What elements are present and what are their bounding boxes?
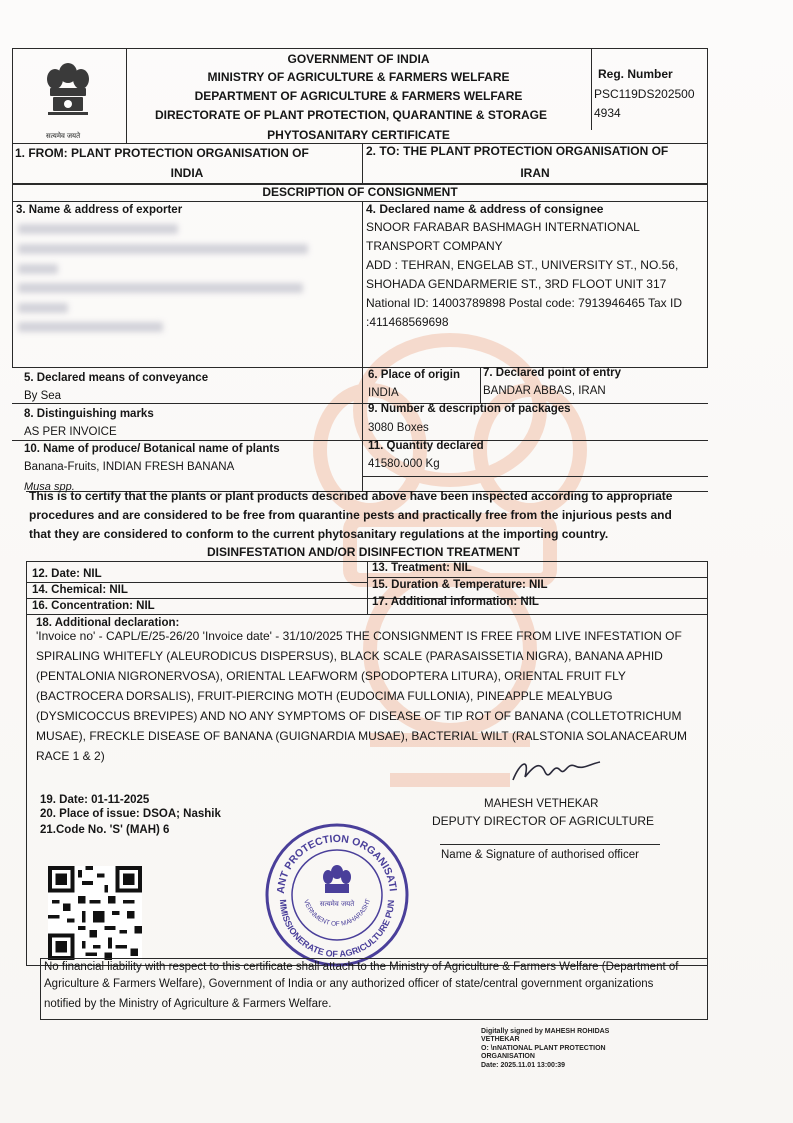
exporter-label: 3. Name & address of exporter [16, 204, 182, 217]
officer-signature-icon [505, 752, 605, 792]
issue-place-label: 20. Place of issue: [40, 808, 140, 820]
to-label: 2. TO: THE PLANT PROTECTION ORGANISATION… [366, 145, 668, 159]
origin-value: INDIA [368, 387, 399, 400]
treatment-row-divider [26, 598, 708, 599]
liability-text: Agriculture & Farmers Welfare), Governme… [44, 978, 653, 991]
packages-value: 3080 Boxes [368, 422, 429, 435]
treatment-heading: DISINFESTATION AND/OR DISINFECTION TREAT… [207, 546, 520, 560]
svg-text:सत्यमेव जयते: सत्यमेव जयते [320, 899, 355, 908]
declaration-line: (BACTROCERA DORSALIS), FRUIT-PIERCING MO… [36, 690, 613, 704]
issue-date-value: 01-11-2025 [91, 794, 149, 806]
conveyance-label: 5. Declared means of conveyance [24, 372, 208, 385]
conveyance-value: By Sea [24, 390, 61, 403]
signature-caption: Name & Signature of authorised officer [441, 849, 639, 862]
certify-text: procedures and are considered to be free… [29, 509, 672, 523]
consignee-label: 4. Declared name & address of consignee [366, 203, 603, 217]
treatment-concentration: 16. Concentration: NIL [32, 600, 155, 613]
reg-number-value: PSC119DS202500 [594, 88, 695, 102]
marks-value: AS PER INVOICE [24, 426, 117, 439]
declaration-line: (DYSMICOCCUS BREVIPES) AND NO ANY SYMPTO… [36, 710, 681, 724]
digital-signature-line: O: \nNATIONAL PLANT PROTECTION [481, 1045, 609, 1053]
declaration-line: RACE 1 & 2) [36, 750, 105, 764]
national-emblem-icon [40, 55, 96, 139]
from-value: INDIA [12, 167, 362, 181]
header-ministry: MINISTRY OF AGRICULTURE & FARMERS WELFAR… [126, 71, 591, 85]
row-divider [12, 440, 708, 441]
emblem-motto: सत्यमेव जयते [46, 133, 80, 141]
treatment-type: 13. Treatment: NIL [372, 562, 472, 575]
code-number-value: 'S' (MAH) 6 [110, 824, 170, 836]
declaration-line: (PENTALONIA NIGRONERVOSA), ORIENTAL LEAF… [36, 670, 626, 684]
consignee-line: TRANSPORT COMPANY [366, 240, 503, 254]
marks-label: 8. Distinguishing marks [24, 408, 154, 421]
header-divider [591, 48, 592, 130]
from-label: 1. FROM: PLANT PROTECTION ORGANISATION O… [15, 147, 309, 161]
digital-signature-line: VETHEKAR [481, 1036, 609, 1044]
consignee-line: :411468569698 [366, 316, 449, 330]
header-directorate: DIRECTORATE OF PLANT PROTECTION, QUARANT… [155, 109, 547, 123]
header-department: DEPARTMENT OF AGRICULTURE & FARMERS WELF… [126, 90, 591, 104]
treatment-chemical: 14. Chemical: NIL [32, 584, 128, 597]
treatment-date: 12. Date: NIL [32, 568, 102, 581]
reg-number-value-cont: 4934 [594, 107, 621, 121]
declaration-line: SPIRALING WHITEFLY (ALEURODICUS DISPERSU… [36, 650, 663, 664]
officer-title: DEPUTY DIRECTOR OF AGRICULTURE [432, 815, 654, 829]
code-number-label: 21.Code No. [40, 824, 106, 836]
consignee-line: National ID: 14003789898 Postal code: 79… [366, 297, 682, 311]
quantity-label: 11. Quantity declared [368, 440, 484, 453]
treatment-row-divider [367, 577, 708, 578]
entry-value: BANDAR ABBAS, IRAN [483, 385, 606, 398]
consignee-line: SHOHADA GENDARMERIE ST., 3RD FLOOT UNIT … [366, 278, 666, 292]
qr-code-icon[interactable] [48, 866, 142, 960]
produce-value: Banana-Fruits, INDIAN FRESH BANANA [24, 461, 234, 474]
plant-protection-stamp-icon: PLANT PROTECTION ORGANISATION COMMISSION… [262, 820, 412, 970]
officer-name: MAHESH VETHEKAR [484, 798, 598, 811]
packages-label: 9. Number & description of packages [368, 403, 571, 416]
signature-line [440, 844, 660, 845]
treatment-additional-info: 17. Additional information: NIL [372, 596, 539, 609]
issue-date-label: 19. Date: [40, 794, 88, 806]
header-government: GOVERNMENT OF INDIA [126, 53, 591, 67]
declaration-line: 'Invoice no' - CAPL/E/25-26/20 'Invoice … [36, 630, 682, 644]
consignee-line: SNOOR FARABAR BASHMAGH INTERNATIONAL [366, 221, 640, 235]
digital-signature-block: Digitally signed by MAHESH ROHIDAS VETHE… [481, 1028, 609, 1070]
certify-text: that they are considered to conform to t… [29, 528, 608, 542]
certify-text: This is to certify that the plants or pl… [29, 490, 672, 504]
consignment-heading: DESCRIPTION OF CONSIGNMENT [12, 186, 708, 200]
consignee-line: ADD : TEHRAN, ENGELAB ST., UNIVERSITY ST… [366, 259, 678, 273]
treatment-row-divider [26, 582, 367, 583]
row-divider [362, 476, 708, 477]
declaration-line: MUSAE), FRECKLE DISEASE OF BANANA (GUIGN… [36, 730, 687, 744]
digital-signature-line: Digitally signed by MAHESH ROHIDAS [481, 1028, 609, 1036]
issue-place: 20. Place of issue: DSOA; Nashik [40, 808, 221, 821]
liability-text: No financial liability with respect to t… [44, 961, 678, 974]
liability-text: notified by the Ministry of Agriculture … [44, 998, 331, 1011]
origin-label: 6. Place of origin [368, 369, 460, 382]
phytosanitary-certificate-page: सत्यमेव जयते GOVERNMENT OF INDIA MINISTR… [0, 0, 793, 1123]
issue-date: 19. Date: 01-11-2025 [40, 794, 149, 807]
certificate-title: PHYTOSANITARY CERTIFICATE [126, 129, 591, 143]
origin-entry-divider [480, 367, 481, 403]
column-divider [362, 201, 363, 491]
produce-label: 10. Name of produce/ Botanical name of p… [24, 443, 280, 456]
row-divider [12, 403, 708, 404]
to-value: IRAN [362, 167, 708, 181]
digital-signature-line: ORGANISATION [481, 1053, 609, 1061]
code-number: 21.Code No. 'S' (MAH) 6 [40, 824, 169, 837]
digital-signature-line: Date: 2025.11.01 13:00:39 [481, 1062, 609, 1070]
issue-place-value: DSOA; Nashik [143, 808, 221, 820]
treatment-duration: 15. Duration & Temperature: NIL [372, 579, 548, 592]
treatment-divider [367, 561, 368, 615]
entry-label: 7. Declared point of entry [483, 367, 621, 380]
quantity-value: 41580.000 Kg [368, 458, 440, 471]
reg-number-label: Reg. Number [598, 68, 673, 82]
